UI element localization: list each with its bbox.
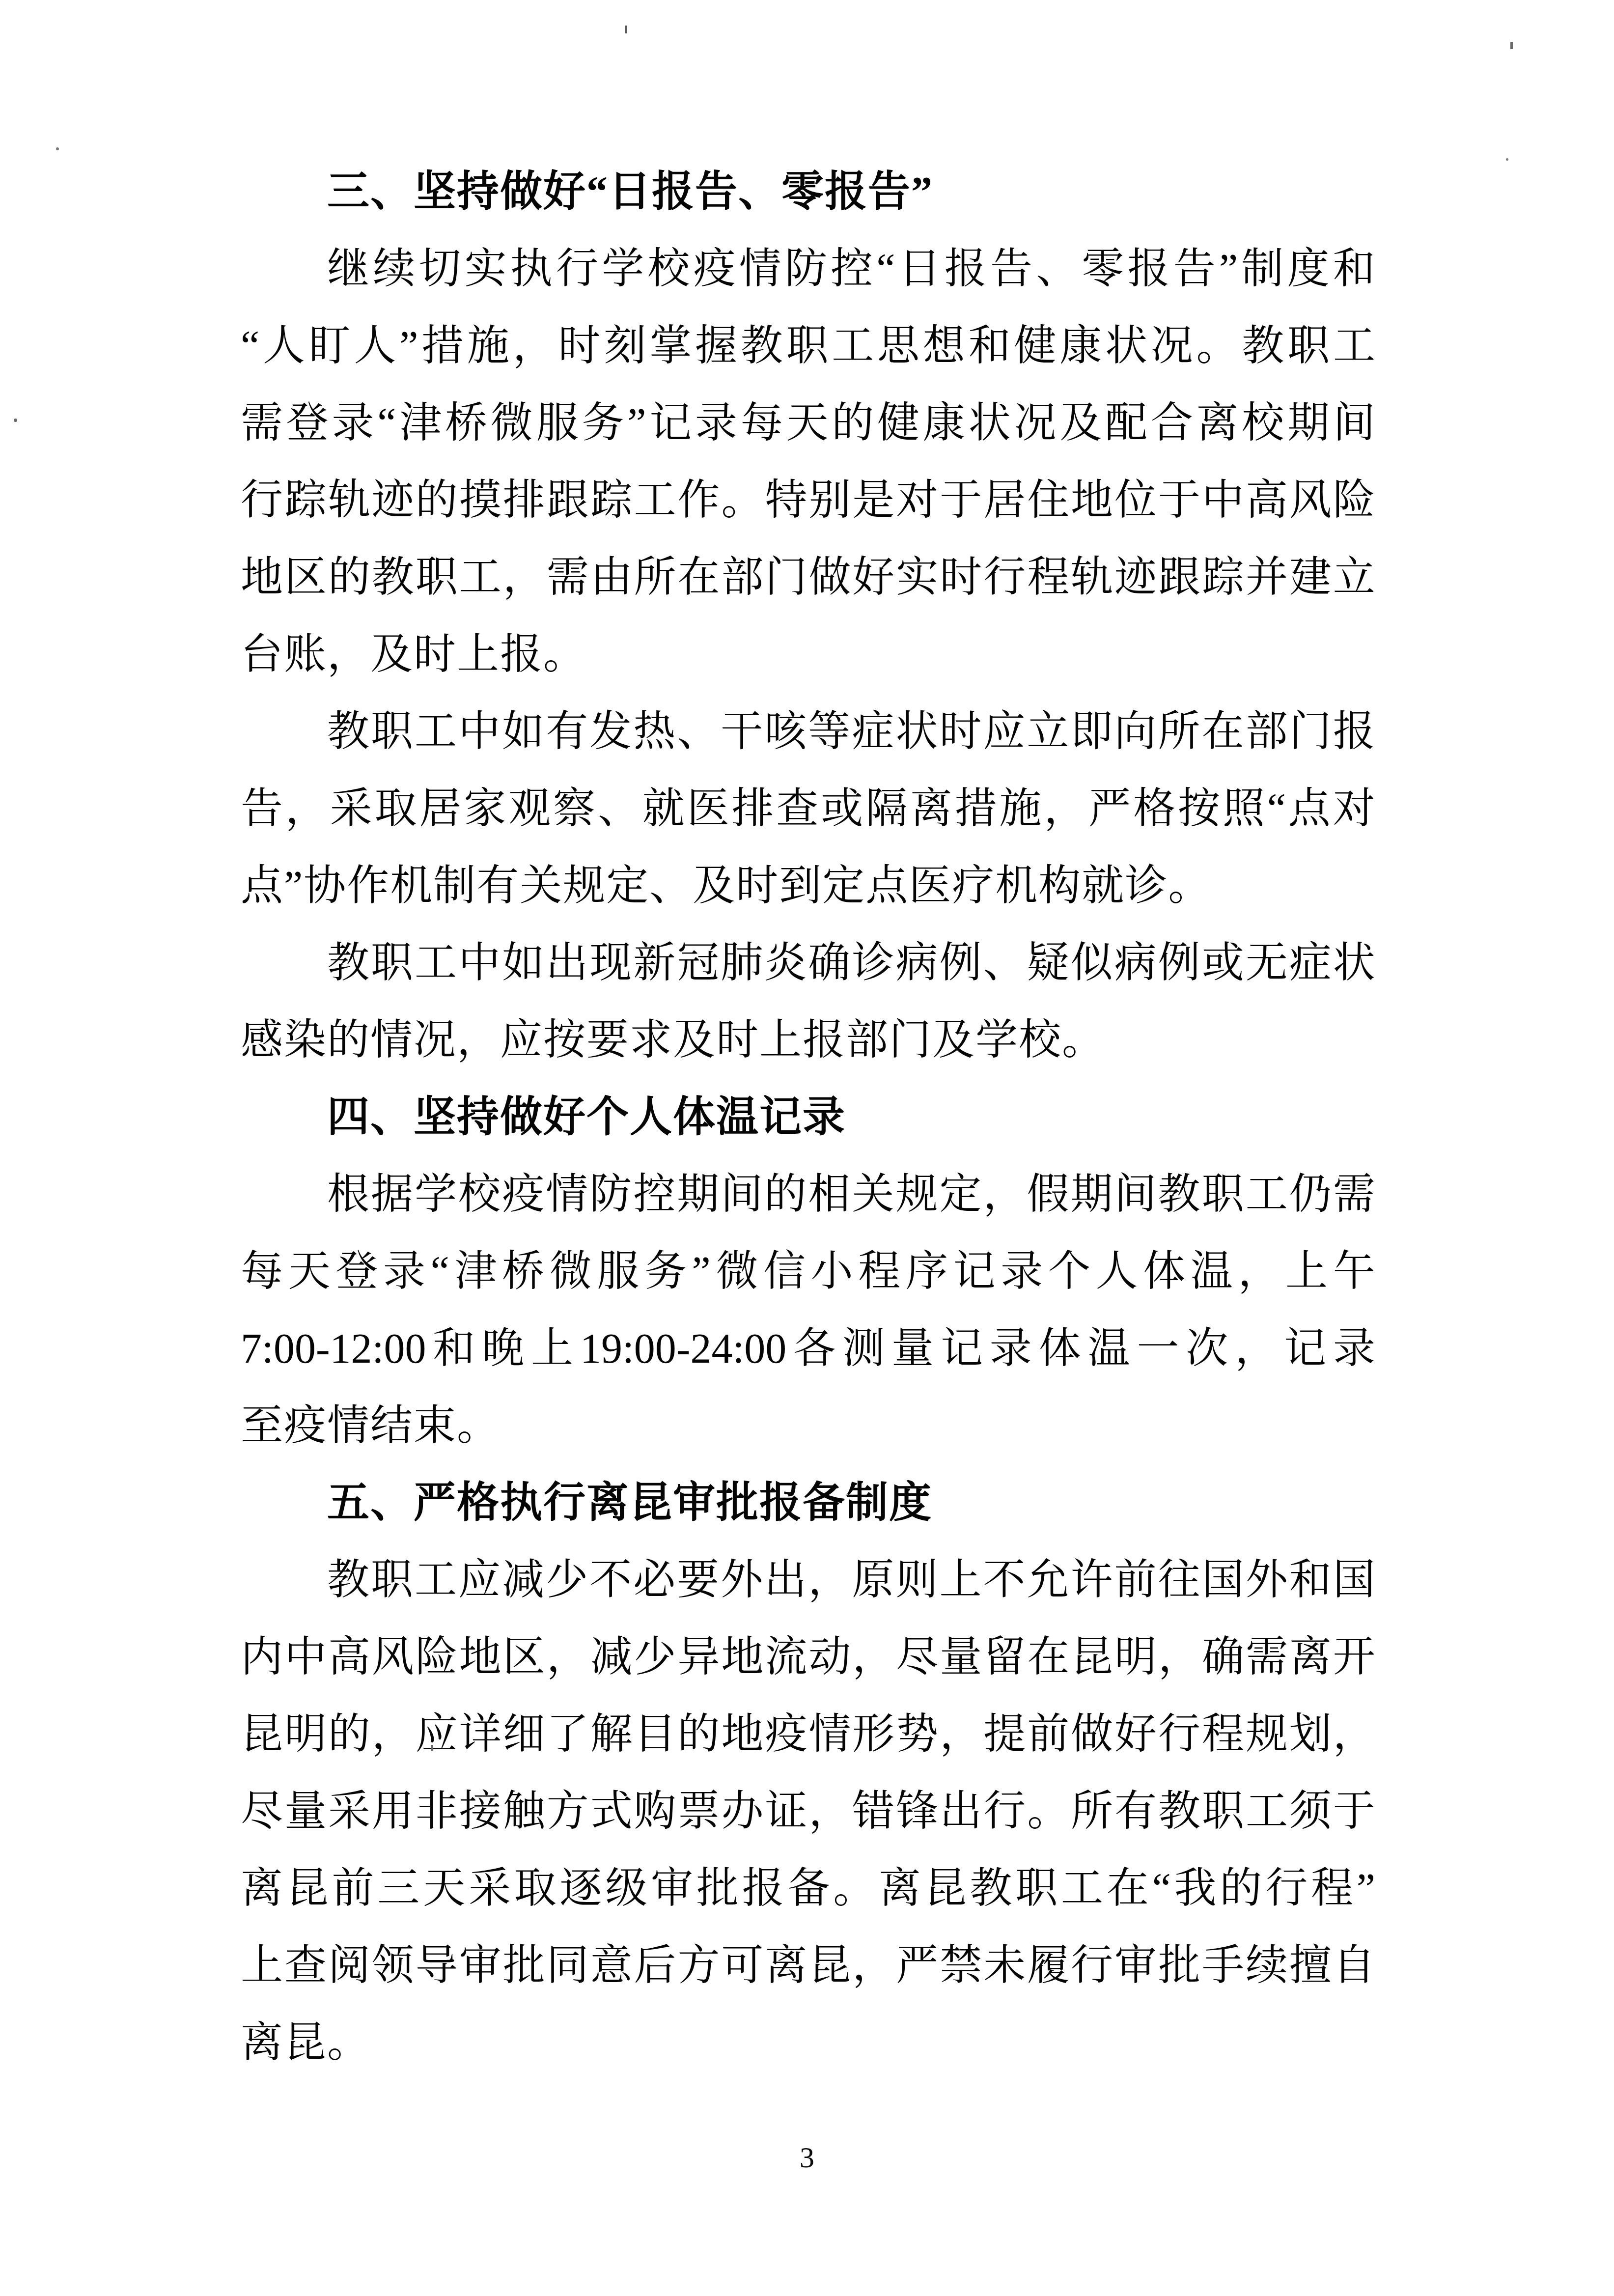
text-char: 部 — [721, 539, 763, 616]
text-line: 内中高风险地区，减少异地流动，尽量留在昆明，确需离开 — [241, 1619, 1375, 1696]
text-char: 零 — [1082, 230, 1124, 308]
text-char: 天 — [423, 1850, 465, 1927]
text-line: 离昆前三天采取逐级审批报备。离昆教职工在“我的行程” — [241, 1850, 1375, 1927]
text-char: 登 — [335, 1233, 378, 1310]
text-char: ， — [940, 1696, 982, 1773]
text-char: 需 — [1246, 1619, 1288, 1696]
text-line: 至疫情结束。 — [241, 1387, 1375, 1464]
text-char: 盯 — [308, 308, 351, 385]
text-char: 离 — [765, 1927, 807, 2004]
text-char: 疫 — [694, 230, 736, 308]
text-char: 在 — [1107, 1850, 1149, 1927]
text-char: 职 — [786, 308, 829, 385]
text-char: 在 — [1202, 693, 1244, 770]
text-char: 报 — [742, 1850, 784, 1927]
text-char: 、 — [983, 924, 1025, 1002]
scan-speck — [625, 26, 627, 33]
text-char: 备 — [787, 1850, 830, 1927]
text-line: 尽量采用非接触方式购票办证，错锋出行。所有教职工须于 — [241, 1773, 1375, 1850]
text-char: 于 — [1158, 462, 1200, 539]
text-char: 审 — [651, 1850, 693, 1927]
text-char: 区 — [503, 1619, 545, 1696]
text-char: 况 — [1151, 308, 1193, 385]
text-char: 记 — [941, 1310, 983, 1387]
text-char: 高 — [1246, 462, 1288, 539]
text-char: 午 — [1333, 1233, 1375, 1310]
text-line: 7:00-12:00和晚上19:00-24:00各测量记录体温一次，记录 — [241, 1310, 1375, 1387]
text-char: 咳 — [764, 693, 807, 770]
text-char: 跟 — [547, 462, 589, 539]
text-char: ， — [1235, 1310, 1277, 1387]
text-char: 微 — [491, 385, 533, 462]
text-char: ， — [513, 308, 555, 385]
text-char: 地 — [241, 539, 283, 616]
text-char: 昆 — [924, 1850, 967, 1927]
text-char: 建 — [1289, 539, 1332, 616]
text-char: 方 — [678, 1927, 720, 2004]
text-char: 续 — [373, 230, 415, 308]
text-char: 告 — [1173, 230, 1216, 308]
text-char: 制 — [1241, 230, 1283, 308]
text-char: 职 — [1015, 1850, 1057, 1927]
text-char: 明 — [284, 1696, 327, 1773]
text-char: 根 — [327, 1156, 369, 1233]
text-line: 台账，及时上报。 — [241, 616, 1375, 693]
text-char: 迹 — [1114, 539, 1157, 616]
text-char: 录 — [695, 385, 737, 462]
text-char: 需 — [241, 385, 283, 462]
text-char: 开 — [1333, 1619, 1375, 1696]
text-char: 各 — [793, 1310, 835, 1387]
text-char: ， — [285, 770, 328, 847]
text-char: 轨 — [328, 462, 370, 539]
text-char: ” — [1219, 230, 1238, 308]
text-char: 职 — [371, 693, 413, 770]
text-char: 量 — [284, 1773, 327, 1850]
text-char: ， — [852, 1927, 894, 2004]
text-char: 仍 — [1289, 1156, 1332, 1233]
text-char: 查 — [284, 1927, 327, 2004]
text-char: 津 — [399, 385, 442, 462]
text-char: 19:00-24:00 — [580, 1310, 786, 1387]
text-char: 和 — [1289, 1541, 1332, 1619]
text-char: 教 — [327, 1541, 369, 1619]
text-char: 离 — [879, 1850, 921, 1927]
text-char: 执 — [510, 230, 553, 308]
text-char: 。 — [833, 1850, 875, 1927]
text-char: 实 — [896, 539, 938, 616]
text-char: 的 — [1220, 1850, 1262, 1927]
text-char: 时 — [939, 693, 981, 770]
text-char: 教 — [970, 1850, 1012, 1927]
text-char: 票 — [678, 1773, 720, 1850]
text-char: 对 — [1333, 770, 1375, 847]
text-char: 尽 — [896, 1619, 938, 1696]
text-char: 离 — [1289, 1619, 1332, 1696]
text-line: 根据学校疫情防控期间的相关规定，假期间教职工仍需 — [241, 1156, 1375, 1233]
text-char: 服 — [597, 1233, 639, 1310]
text-line: “人盯人”措施，时刻掌握教职工思想和健康状况。教职工 — [241, 308, 1375, 385]
text-char: 握 — [695, 308, 737, 385]
text-char: 所 — [1158, 693, 1200, 770]
text-char: 如 — [502, 693, 544, 770]
text-char: 应 — [458, 1541, 501, 1619]
text-char: 导 — [416, 1927, 458, 2004]
text-char: 量 — [891, 1310, 934, 1387]
text-char: 间 — [1114, 1156, 1157, 1233]
text-char: 观 — [508, 770, 551, 847]
text-char: 方 — [547, 1773, 589, 1850]
text-line: 离昆。 — [241, 2004, 1375, 2081]
text-char: 掌 — [649, 308, 692, 385]
text-char: 规 — [895, 1156, 938, 1233]
text-char: 所 — [634, 539, 676, 616]
text-char: 记 — [649, 385, 692, 462]
text-char: 校 — [647, 230, 690, 308]
text-char: 想 — [923, 308, 965, 385]
text-char: 记 — [1284, 1310, 1326, 1387]
text-char: 履 — [1027, 1927, 1069, 2004]
text-char: 冠 — [677, 924, 719, 1002]
text-char: 刻 — [604, 308, 646, 385]
text-char: 往 — [1158, 1541, 1200, 1619]
text-char: 防 — [589, 1156, 632, 1233]
text-char: 门 — [1289, 693, 1332, 770]
text-char: 体 — [1039, 1310, 1081, 1387]
text-char: 登 — [286, 385, 329, 462]
text-char: 昆 — [241, 1696, 283, 1773]
text-char: 的 — [832, 385, 874, 462]
text-char: 期 — [1287, 385, 1330, 462]
document-body: 三、坚持做好“日报告、零报告”继续切实执行学校疫情防控“日报告、零报告”制度和“… — [241, 153, 1375, 2081]
text-char: 继 — [327, 230, 369, 308]
text-char: 做 — [1071, 1696, 1113, 1773]
text-char: 级 — [605, 1850, 647, 1927]
text-char: 高 — [328, 1619, 370, 1696]
text-char: 上 — [241, 1927, 283, 2004]
text-char: 向 — [1114, 693, 1157, 770]
text-char: 地 — [721, 1619, 763, 1696]
text-line: 点”协作机制有关规定、及时到定点医疗机构就诊。 — [241, 847, 1375, 924]
text-char: 确 — [1202, 1619, 1244, 1696]
text-char: 可 — [721, 1927, 763, 2004]
text-char: 提 — [983, 1696, 1026, 1773]
text-char: 日 — [899, 230, 941, 308]
text-char: 信 — [763, 1233, 806, 1310]
text-char: 和 — [969, 308, 1011, 385]
text-char: 则 — [895, 1541, 938, 1619]
text-char: 批 — [696, 1850, 739, 1927]
text-char: 工 — [1246, 1156, 1288, 1233]
text-char: 中 — [284, 1619, 327, 1696]
text-char: 报 — [945, 230, 987, 308]
text-char: 诊 — [852, 924, 894, 1002]
text-char: 上 — [939, 1541, 981, 1619]
text-char: 触 — [503, 1773, 545, 1850]
text-char: 了 — [547, 1696, 589, 1773]
text-char: 次 — [1186, 1310, 1228, 1387]
text-char: 工 — [832, 308, 874, 385]
text-char: “ — [1152, 1850, 1171, 1927]
text-char: 假 — [1027, 1156, 1069, 1233]
text-char: 如 — [502, 924, 544, 1002]
text-char: 录 — [990, 1310, 1032, 1387]
text-char: 划 — [1289, 1696, 1332, 1773]
text-char: “ — [876, 230, 895, 308]
text-char: 细 — [503, 1696, 545, 1773]
text-char: 应 — [416, 1696, 458, 1773]
text-char: 况 — [1014, 385, 1056, 462]
scan-speck — [1506, 158, 1508, 161]
text-char: ” — [692, 1233, 711, 1310]
text-line: 继续切实执行学校疫情防控“日报告、零报告”制度和 — [241, 230, 1375, 308]
text-char: 离 — [1197, 385, 1239, 462]
text-char: 住 — [1027, 462, 1069, 539]
text-char: 控 — [831, 230, 873, 308]
text-char: 工 — [634, 462, 676, 539]
text-char: 程 — [1202, 1696, 1244, 1773]
text-char: 一 — [1137, 1310, 1179, 1387]
scan-speck — [14, 419, 17, 422]
text-char: 校 — [1242, 385, 1284, 462]
text-char: 做 — [808, 539, 851, 616]
text-char: 务 — [644, 1233, 687, 1310]
text-char: 少 — [634, 1619, 676, 1696]
text-char: 势 — [896, 1696, 938, 1773]
text-char: 区 — [284, 539, 327, 616]
text-char: 三 — [377, 1850, 419, 1927]
text-char: 外 — [1246, 1541, 1288, 1619]
text-char: 出 — [764, 1541, 807, 1619]
text-char: 昆 — [808, 1927, 851, 2004]
text-char: 行 — [241, 462, 283, 539]
text-char: 时 — [558, 308, 601, 385]
text-char: 无 — [1246, 924, 1288, 1002]
text-char: 程 — [1027, 539, 1069, 616]
text-char: 思 — [877, 308, 919, 385]
text-char: 务 — [582, 385, 624, 462]
text-char: 自 — [1333, 1927, 1375, 2004]
text-char: 测 — [842, 1310, 885, 1387]
text-char: 工 — [415, 924, 457, 1002]
text-char: 工 — [1333, 308, 1375, 385]
text-char: 同 — [547, 1927, 589, 2004]
text-char: 特 — [765, 462, 807, 539]
text-char: 减 — [502, 1541, 544, 1619]
text-char: 续 — [1246, 1927, 1288, 2004]
text-char: 微 — [716, 1233, 758, 1310]
document-page: 三、坚持做好“日报告、零报告”继续切实执行学校疫情防控“日报告、零报告”制度和“… — [0, 0, 1614, 2296]
text-char: 地 — [1071, 462, 1113, 539]
text-char: 异 — [678, 1619, 720, 1696]
text-char: 、 — [677, 693, 719, 770]
text-char: 程 — [1311, 1850, 1353, 1927]
text-char: 状 — [1333, 924, 1375, 1002]
text-char: 格 — [1133, 770, 1175, 847]
text-char: 排 — [731, 770, 774, 847]
text-char: 轨 — [1071, 539, 1113, 616]
text-char: 措 — [955, 770, 997, 847]
text-char: 期 — [677, 1156, 719, 1233]
text-char: 立 — [1027, 693, 1069, 770]
text-char: 采 — [330, 770, 372, 847]
text-char: 教 — [372, 539, 414, 616]
text-char: 的 — [416, 462, 458, 539]
text-char: 据 — [371, 1156, 413, 1233]
text-char: 施 — [467, 308, 509, 385]
text-char: 居 — [419, 770, 461, 847]
text-char: 前 — [332, 1850, 374, 1927]
text-char: “ — [1267, 770, 1286, 847]
text-char: 踪 — [284, 462, 327, 539]
text-line: 四、坚持做好个人体温记录 — [241, 1079, 1375, 1156]
text-char: 昆 — [286, 1850, 329, 1927]
text-char: 严 — [896, 1927, 938, 2004]
text-char: 跟 — [1158, 539, 1200, 616]
text-char: 施 — [1000, 770, 1042, 847]
text-char: 证 — [765, 1773, 807, 1850]
text-char: 津 — [454, 1233, 497, 1310]
text-char: 居 — [983, 462, 1026, 539]
text-char: 行 — [1265, 1850, 1308, 1927]
text-char: 等 — [808, 693, 850, 770]
text-line: 行踪轨迹的摸排跟踪工作。特别是对于居住地位于中高风险 — [241, 462, 1375, 539]
text-char: 状 — [895, 693, 938, 770]
text-char: 校 — [458, 1156, 501, 1233]
text-char: 行 — [556, 230, 598, 308]
text-char: 部 — [1246, 693, 1288, 770]
text-char: 服 — [536, 385, 579, 462]
text-char: 中 — [458, 924, 501, 1002]
text-char: 疑 — [1027, 924, 1069, 1002]
text-char: 动 — [808, 1619, 851, 1696]
text-char: 踪 — [590, 462, 633, 539]
text-char: 离 — [910, 770, 952, 847]
text-char: 职 — [371, 924, 413, 1002]
text-char: 出 — [940, 1773, 982, 1850]
text-char: 康 — [923, 385, 965, 462]
text-char: 炎 — [764, 924, 807, 1002]
text-char: 有 — [1114, 1773, 1157, 1850]
text-char: 采 — [469, 1850, 511, 1927]
text-line: 三、坚持做好“日报告、零报告” — [241, 153, 1375, 230]
text-char: 度 — [1287, 230, 1329, 308]
text-char: 工 — [459, 539, 501, 616]
text-char: 错 — [852, 1773, 894, 1850]
scan-speck — [56, 147, 59, 150]
text-char: 健 — [1014, 308, 1056, 385]
text-char: 措 — [421, 308, 464, 385]
text-line: 教职工中如有发热、干咳等症状时应立即向所在部门报 — [241, 693, 1375, 770]
text-char: 、 — [1036, 230, 1078, 308]
text-char: 录 — [332, 385, 374, 462]
text-char: 个 — [1048, 1233, 1090, 1310]
text-char: 控 — [633, 1156, 675, 1233]
text-char: 学 — [602, 230, 644, 308]
text-char: ” — [399, 308, 418, 385]
text-char: 在 — [1027, 1619, 1069, 1696]
text-char: 地 — [721, 1696, 763, 1773]
text-char: 录 — [1333, 1310, 1375, 1387]
text-char: 人 — [1096, 1233, 1138, 1310]
text-char: 查 — [776, 770, 818, 847]
text-char: 禁 — [940, 1927, 982, 2004]
text-char: 温 — [1191, 1233, 1233, 1310]
text-char: 风 — [1289, 462, 1332, 539]
text-char: ， — [852, 1619, 894, 1696]
text-char: 告 — [990, 230, 1032, 308]
text-char: 状 — [1105, 308, 1147, 385]
text-char: ， — [547, 1619, 589, 1696]
text-line: 每天登录“津桥微服务”微信小程序记录个人体温，上午 — [241, 1233, 1375, 1310]
text-char: 中 — [458, 693, 501, 770]
text-char: 或 — [1202, 924, 1244, 1002]
text-char: 即 — [1071, 693, 1113, 770]
text-char: 允 — [1027, 1541, 1069, 1619]
text-char: 规 — [1246, 1696, 1288, 1773]
text-line: 地区的教职工，需由所在部门做好实时行程轨迹跟踪并建立 — [241, 539, 1375, 616]
text-char: ” — [627, 385, 646, 462]
text-char: 取 — [514, 1850, 557, 1927]
text-char: 桥 — [445, 385, 487, 462]
text-char: 险 — [1333, 462, 1375, 539]
text-char: 或 — [821, 770, 863, 847]
text-char: 出 — [546, 924, 588, 1002]
text-char: ， — [372, 1696, 414, 1773]
text-char: 前 — [1027, 1696, 1069, 1773]
text-char: 位 — [1114, 462, 1157, 539]
text-char: 形 — [852, 1696, 894, 1773]
text-char: 手 — [1202, 1927, 1244, 2004]
text-char: 教 — [1242, 308, 1284, 385]
text-char: 擅 — [1289, 1927, 1332, 2004]
text-char: 报 — [1128, 230, 1170, 308]
text-char: 迹 — [372, 462, 414, 539]
text-char: 锋 — [896, 1773, 938, 1850]
text-char: 门 — [765, 539, 807, 616]
text-char: 在 — [678, 539, 720, 616]
text-char: 中 — [1202, 462, 1244, 539]
text-char: 就 — [642, 770, 685, 847]
text-char: 逐 — [559, 1850, 602, 1927]
text-char: 要 — [677, 1541, 719, 1619]
text-char: 式 — [590, 1773, 633, 1850]
text-char: “ — [377, 385, 396, 462]
text-char: 好 — [852, 539, 894, 616]
text-char: 工 — [415, 693, 457, 770]
text-char: 未 — [983, 1927, 1026, 2004]
text-char: 现 — [589, 924, 632, 1002]
text-char: 教 — [741, 308, 783, 385]
text-char: 照 — [1223, 770, 1265, 847]
text-char: 干 — [721, 693, 763, 770]
text-char: 7:00-12:00 — [241, 1310, 426, 1387]
text-char: 昆 — [1071, 1619, 1113, 1696]
text-char: 每 — [241, 1233, 283, 1310]
text-char: 需 — [1333, 1156, 1375, 1233]
text-char: 及 — [1059, 385, 1102, 462]
text-char: 解 — [590, 1696, 633, 1773]
text-char: 序 — [906, 1233, 948, 1310]
text-char: 间 — [1333, 385, 1375, 462]
text-char: 晚 — [482, 1310, 524, 1387]
text-char: 定 — [939, 1156, 981, 1233]
text-char: 例 — [939, 924, 981, 1002]
text-char: 国 — [1202, 1541, 1244, 1619]
text-char: 少 — [546, 1541, 588, 1619]
text-char: 情 — [739, 230, 781, 308]
text-char: 时 — [940, 539, 982, 616]
